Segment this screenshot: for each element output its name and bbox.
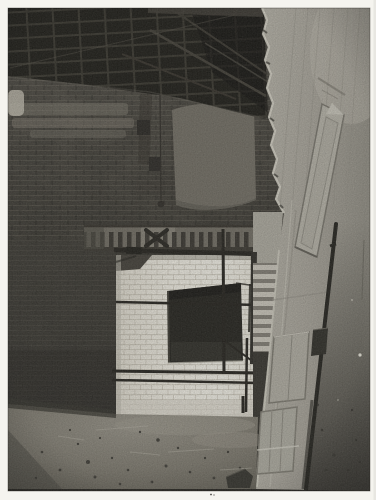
photo-canvas: monochrome-photograph-print [0, 0, 376, 500]
photograph-print: monochrome-photograph-print [0, 0, 376, 500]
border-speck [210, 494, 212, 496]
border-speck [213, 494, 214, 495]
film-grain-light [8, 8, 370, 491]
